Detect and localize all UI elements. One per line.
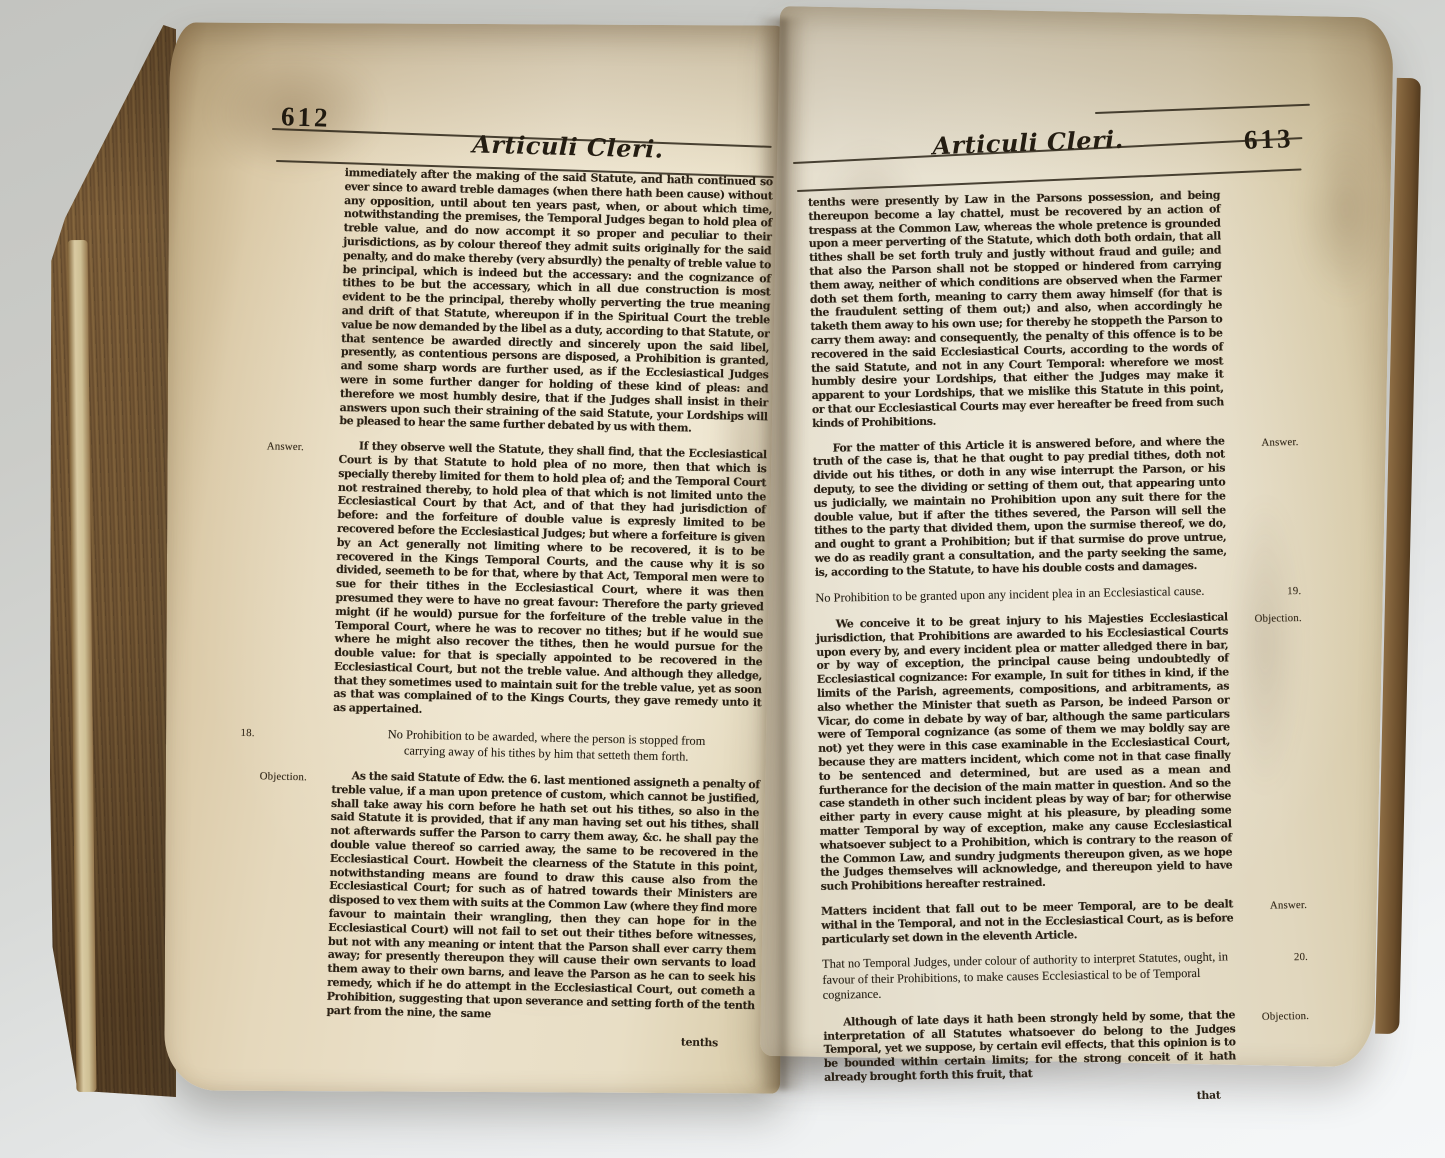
fore-edge-stack [50,25,176,1097]
paragraph-text: No Prohibition to be granted upon any in… [815,583,1204,604]
paragraph-text: No Prohibition to be awarded, where the … [388,727,706,763]
paragraph-text: immediately after the making of the said… [339,166,773,435]
paragraph-text: tenths were presently by Law in the Pars… [808,188,1224,429]
margin-note: Answer. [247,440,304,453]
margin-note: Answer. [1270,899,1307,912]
article-heading: No Prohibition to be awarded, where the … [332,726,761,766]
paragraph-text: If they observe well the Statute, they s… [333,440,767,717]
body-paragraph: If they observe well the Statute, they s… [333,439,767,724]
gutter-shadow [758,18,806,1090]
article-heading: That no Temporal Judges, under colour of… [822,950,1235,1004]
margin-note: 20. [1294,951,1308,963]
body-paragraph: We conceive it to be great injury to his… [816,610,1233,893]
paragraph-text: We conceive it to be great injury to his… [816,610,1232,893]
margin-note: 18. [240,727,254,739]
margin-note: 19. [1287,585,1301,597]
paragraph-text: Matters incident that fall out to be mee… [821,897,1233,945]
margin-note: Answer. [1241,436,1298,449]
paragraph-text: For the matter of this Article it is ans… [813,434,1227,579]
paragraph-text: As the said Statute of Edw. the 6. last … [326,769,759,1020]
body-paragraph: As the said Statute of Edw. the 6. last … [326,769,759,1027]
body-paragraph: Although of late days it hath been stron… [823,1008,1236,1085]
right-text-column: tenths were presently by Law in the Pars… [808,188,1237,1108]
margin-note: Objection. [1242,1010,1309,1023]
paragraph-text: Although of late days it hath been stron… [823,1008,1236,1084]
body-paragraph: For the matter of this Article it is ans… [812,434,1226,579]
margin-note: Objection. [1234,612,1301,625]
body-paragraph: tenths were presently by Law in the Pars… [808,188,1224,430]
paragraph-text: That no Temporal Judges, under colour of… [822,950,1228,1002]
body-paragraph: immediately after the making of the said… [339,166,773,437]
left-text-column: immediately after the making of the said… [326,166,773,1051]
body-paragraph: Matters incident that fall out to be mee… [821,897,1234,946]
article-heading: No Prohibition to be granted upon any in… [815,583,1227,606]
margin-note: Objection. [240,770,308,783]
